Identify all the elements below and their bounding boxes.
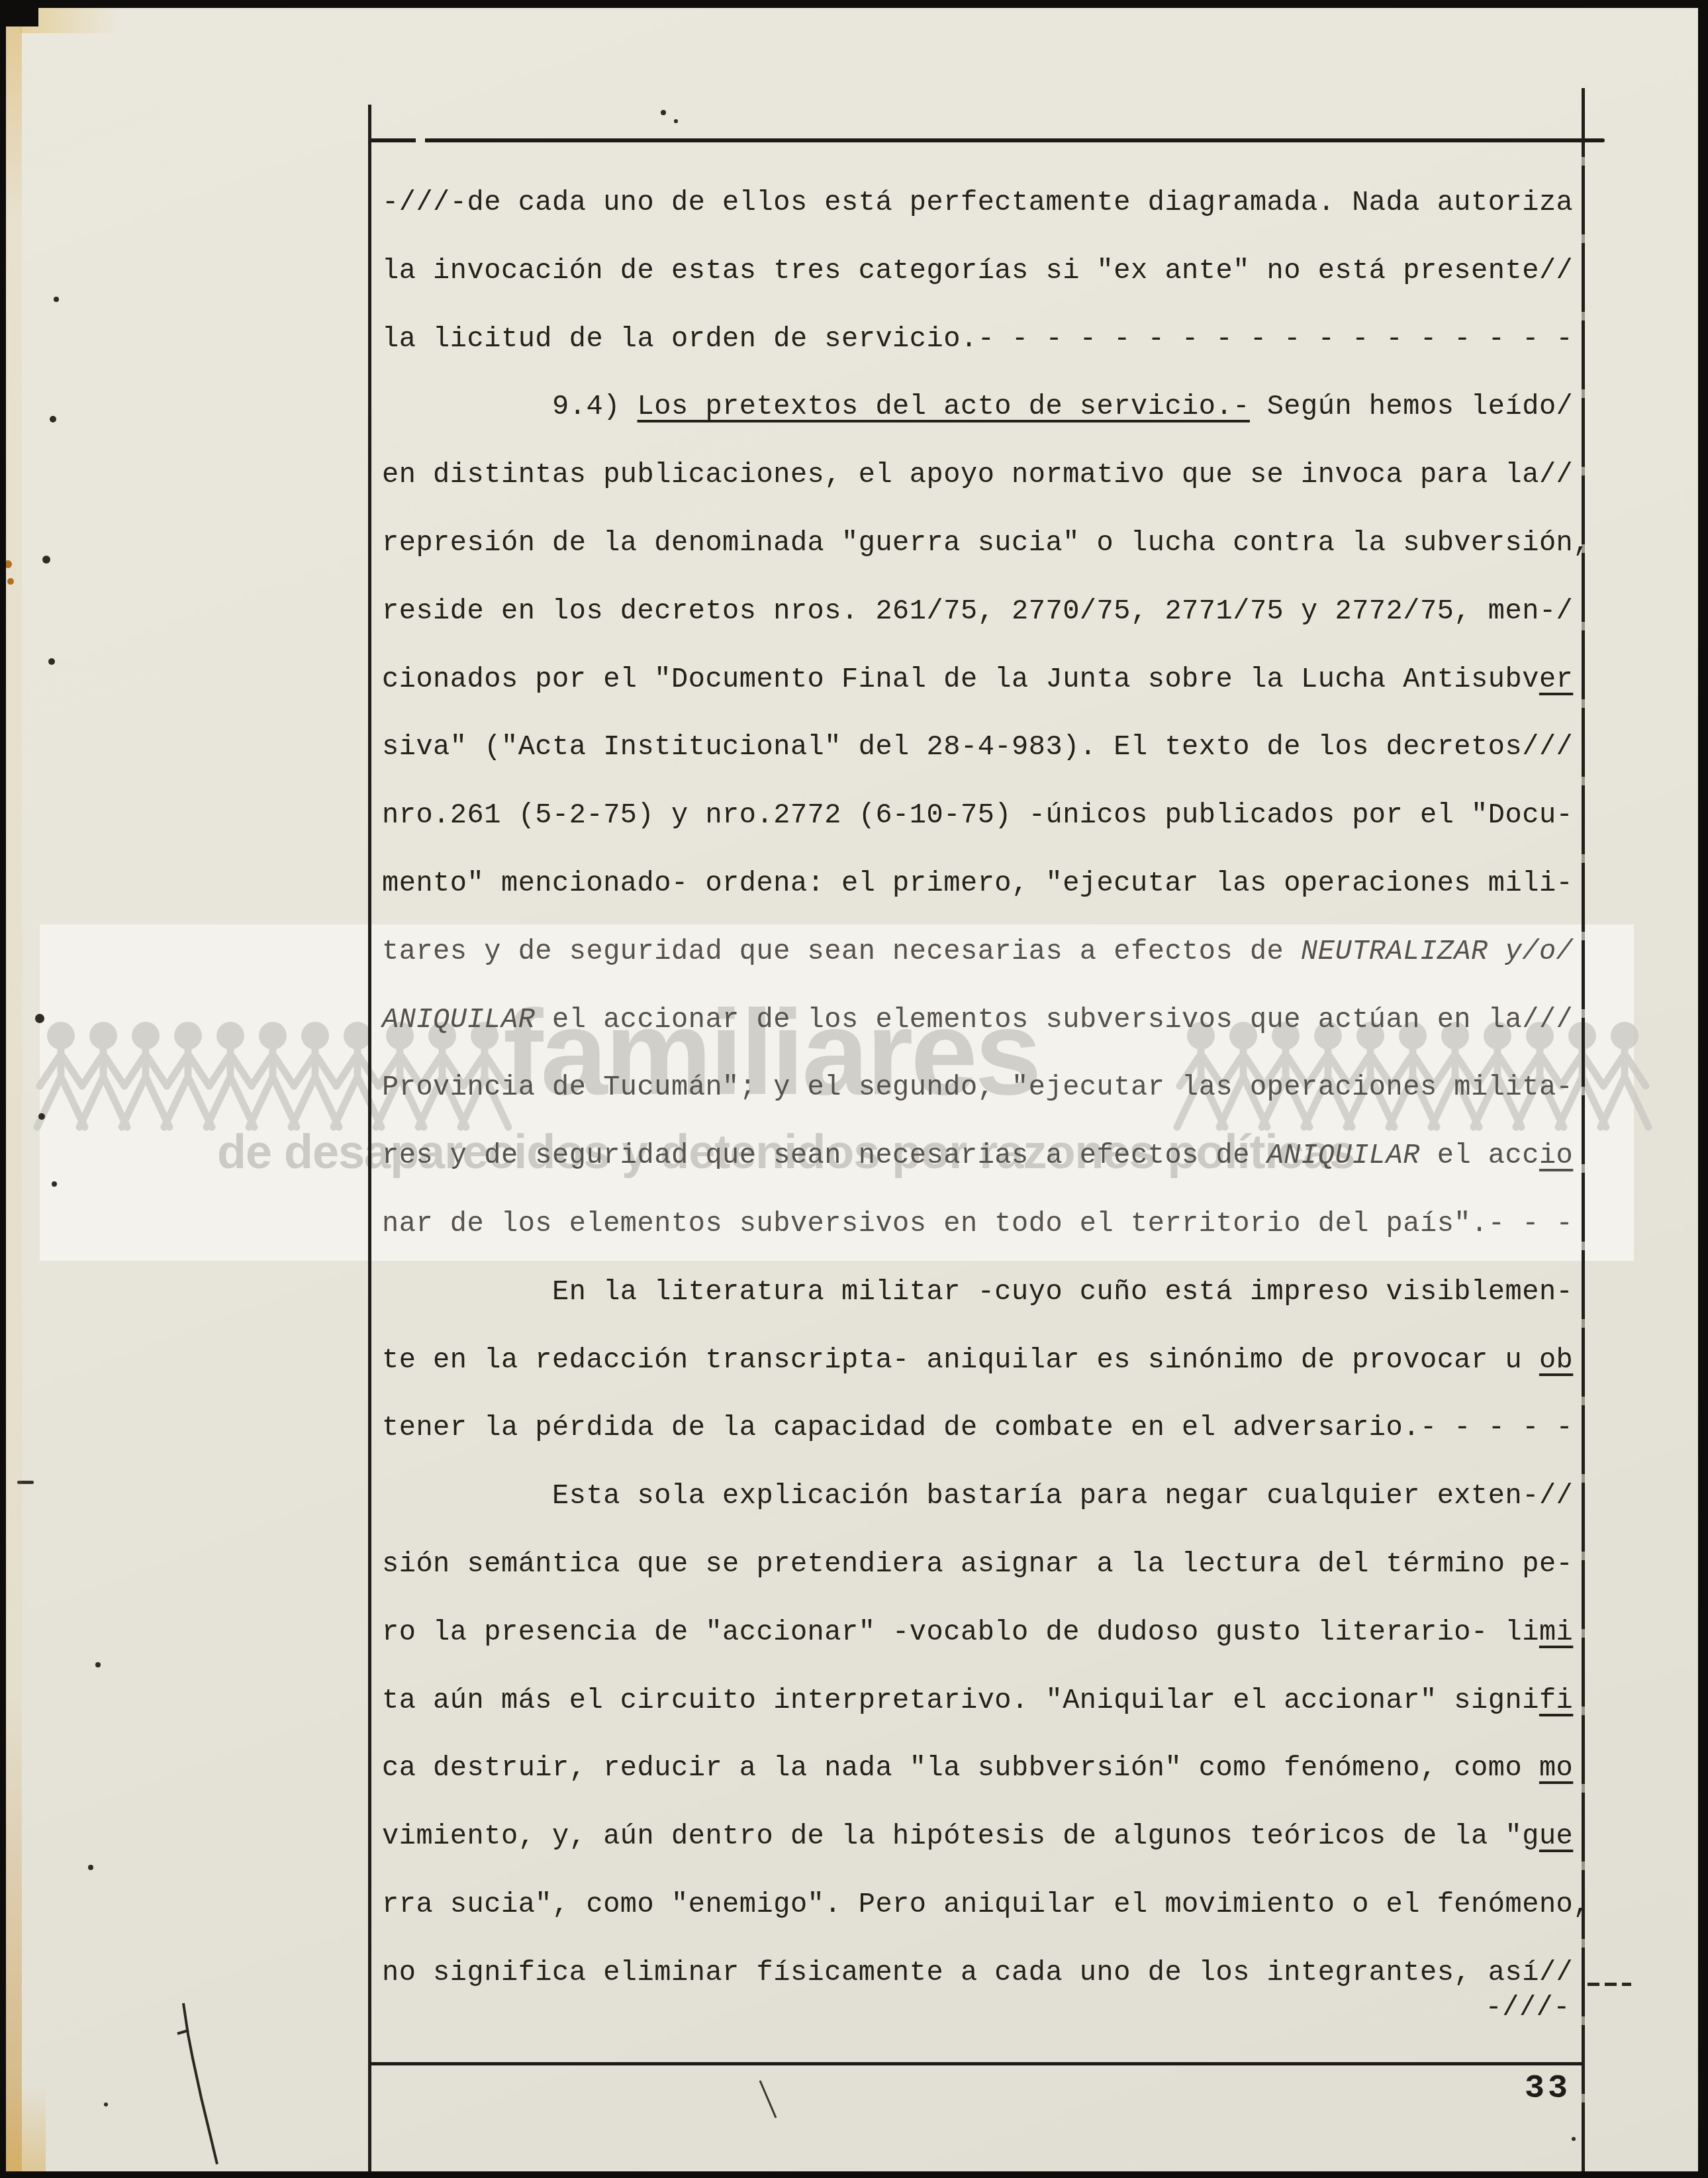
ink-speckle: [88, 1865, 93, 1870]
bottom-left-tint: [6, 2086, 46, 2178]
scanned-document-page: familiares de desaparecidos y detenidos …: [0, 0, 1708, 2178]
ink-speckle: [38, 1113, 45, 1120]
ink-speckle: [661, 110, 666, 115]
ink-speckle: [48, 658, 55, 665]
ink-speckle: [1572, 2137, 1576, 2141]
scan-stains: [0, 0, 1708, 2178]
ink-speckle: [50, 416, 56, 422]
ink-speckle: [95, 1662, 101, 1667]
ink-speckle: [54, 297, 59, 302]
ink-speckle: [42, 556, 50, 564]
scan-edge-bottom: [0, 2171, 1708, 2178]
ink-speckle: [674, 119, 678, 123]
scan-edge-top: [0, 0, 1708, 8]
stray-pen-mark: [760, 2081, 776, 2118]
ink-speckle: [52, 1181, 57, 1187]
ink-speckle: [35, 1014, 44, 1023]
ink-speckle: [104, 2103, 108, 2106]
scratch-mark: [183, 2003, 217, 2164]
left-edge-tint: [6, 0, 22, 2178]
scan-edge-left: [0, 0, 6, 2178]
scan-edge-right: [1698, 0, 1708, 2178]
